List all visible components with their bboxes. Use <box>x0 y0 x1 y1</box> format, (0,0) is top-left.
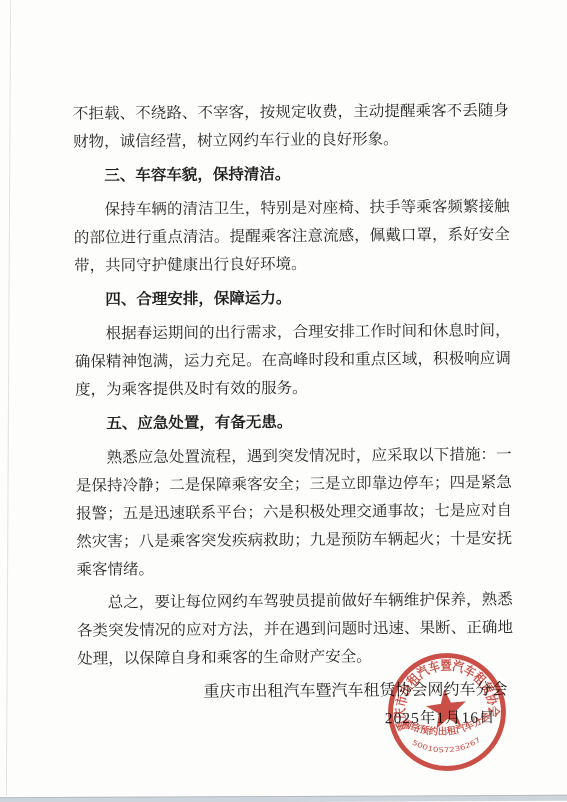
document-content: 不拒载、不绕路、不宰客，按规定收费，主动提醒乘客不丢随身财物，诚信经营，树立网约… <box>72 0 514 736</box>
page-bottom-edge <box>0 795 567 802</box>
seal-star-icon <box>424 687 468 730</box>
paragraph: 熟悉应急处置流程，遇到突发情况时，应采取以下措施：一是保持冷静；二是保障乘客安全… <box>75 441 512 584</box>
paragraph: 保持车辆的清洁卫生，特别是对座椅、扶手等乘客频繁接触的部位进行重点清洁。提醒乘客… <box>74 193 511 280</box>
paragraph-continuation: 不拒载、不绕路、不宰客，按规定收费，主动提醒乘客不丢随身财物，诚信经营，树立网约… <box>73 97 509 156</box>
paragraph: 根据春运期间的出行需求，合理安排工作时间和休息时间，确保精神饱满，运力充足。在高… <box>75 317 512 404</box>
section-heading-5: 五、应急处置，有备无患。 <box>75 407 511 438</box>
section-heading-4: 四、合理安排，保障运力。 <box>74 283 510 314</box>
official-seal: 重庆市出租汽车暨汽车租赁协会 网络预约出租汽车分会 5001057236267 <box>378 643 516 781</box>
page-left-edge <box>6 0 11 796</box>
section-heading-3: 三、车容车貌，保持清洁。 <box>73 159 509 190</box>
document-page: 不拒载、不绕路、不宰客，按规定收费，主动提醒乘客不丢随身财物，诚信经营，树立网约… <box>0 0 567 802</box>
